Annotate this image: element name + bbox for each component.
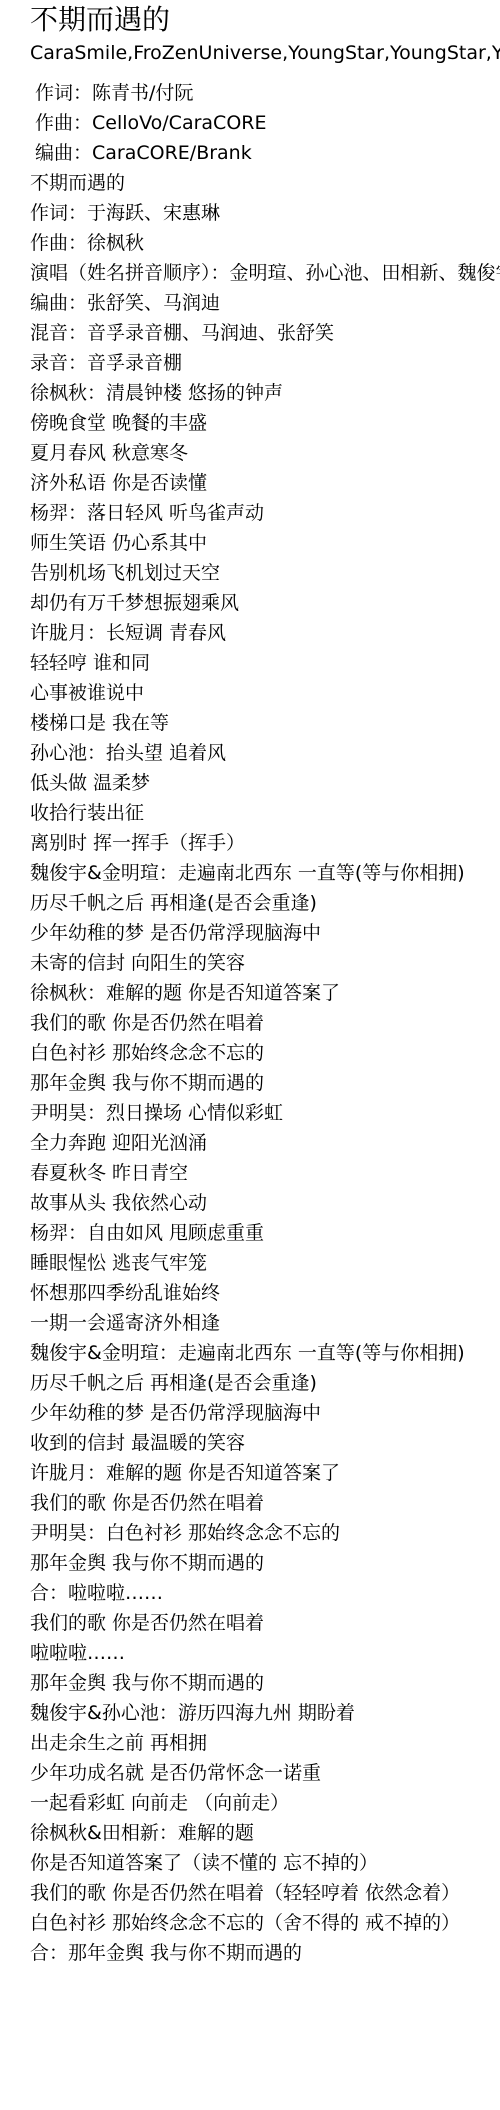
lyric-line: 白色衬衫 那始终念念不忘的（舍不得的 戒不掉的）	[30, 1908, 500, 1938]
lyric-line: 那年金舆 我与你不期而遇的	[30, 1068, 500, 1098]
lyric-line: 却仍有万千梦想振翅乘风	[30, 588, 500, 618]
lyric-line: 作曲：徐枫秋	[30, 228, 500, 258]
lyric-line: 许胧月：难解的题 你是否知道答案了	[30, 1458, 500, 1488]
lyric-line: 济外私语 你是否读懂	[30, 468, 500, 498]
lyric-line: 那年金舆 我与你不期而遇的	[30, 1548, 500, 1578]
lyric-line: 离别时 挥一挥手（挥手）	[30, 828, 500, 858]
lyric-line: 低头做 温柔梦	[30, 768, 500, 798]
lyric-line: 作词：于海跃、宋惠琳	[30, 198, 500, 228]
song-artists: CaraSmile,FroZenUniverse,YoungStar,Young…	[30, 40, 500, 66]
lyric-line: 我们的歌 你是否仍然在唱着（轻轻哼着 依然念着）	[30, 1878, 500, 1908]
lyric-line: 啦啦啦……	[30, 1638, 500, 1668]
lyric-line: 我们的歌 你是否仍然在唱着	[30, 1488, 500, 1518]
lyric-line: 徐枫秋：难解的题 你是否知道答案了	[30, 978, 500, 1008]
lyric-line: 徐枫秋：清晨钟楼 悠扬的钟声	[30, 378, 500, 408]
lyric-line: 睡眼惺忪 逃丧气牢笼	[30, 1248, 500, 1278]
lyric-line: 心事被谁说中	[30, 678, 500, 708]
lyric-line: 一起看彩虹 向前走 （向前走）	[30, 1788, 500, 1818]
lyric-line: 演唱（姓名拼音顺序）：金明瑄、孙心池、田相新、魏俊宇、徐枫秋、许胧月、杨羿、尹明…	[30, 258, 500, 288]
lyric-line: 编曲：张舒笑、马润迪	[30, 288, 500, 318]
credit-arranger: 编曲：CaraCORE/Brank	[30, 138, 500, 168]
lyric-line: 合：啦啦啦……	[30, 1578, 500, 1608]
lyric-line: 未寄的信封 向阳生的笑容	[30, 948, 500, 978]
lyric-line: 不期而遇的	[30, 168, 500, 198]
lyric-line: 录音：音孚录音棚	[30, 348, 500, 378]
lyric-line: 白色衬衫 那始终念念不忘的	[30, 1038, 500, 1068]
lyric-line: 杨羿：落日轻风 听鸟雀声动	[30, 498, 500, 528]
lyric-line: 尹明昊：白色衬衫 那始终念念不忘的	[30, 1518, 500, 1548]
lyric-line: 历尽千帆之后 再相逢(是否会重逢)	[30, 888, 500, 918]
lyric-line: 混音：音孚录音棚、马润迪、张舒笑	[30, 318, 500, 348]
lyric-line: 少年功成名就 是否仍常怀念一诺重	[30, 1758, 500, 1788]
lyric-line: 轻轻哼 谁和同	[30, 648, 500, 678]
lyric-line: 一期一会遥寄济外相逢	[30, 1308, 500, 1338]
credits-block: 作词：陈青书/付阮 作曲：CelloVo/CaraCORE 编曲：CaraCOR…	[30, 78, 500, 168]
lyric-line: 故事从头 我依然心动	[30, 1188, 500, 1218]
lyric-line: 你是否知道答案了（读不懂的 忘不掉的）	[30, 1848, 500, 1878]
lyric-line: 收拾行装出征	[30, 798, 500, 828]
lyric-line: 魏俊宇&孙心池：游历四海九州 期盼着	[30, 1698, 500, 1728]
lyric-line: 我们的歌 你是否仍然在唱着	[30, 1008, 500, 1038]
lyric-line: 尹明昊：烈日操场 心情似彩虹	[30, 1098, 500, 1128]
lyrics-list: 不期而遇的 作词：于海跃、宋惠琳 作曲：徐枫秋 演唱（姓名拼音顺序）：金明瑄、孙…	[30, 168, 500, 1968]
lyric-line: 少年幼稚的梦 是否仍常浮现脑海中	[30, 918, 500, 948]
lyric-line: 收到的信封 最温暖的笑容	[30, 1428, 500, 1458]
song-title: 不期而遇的	[30, 0, 500, 38]
lyric-line: 合：那年金舆 我与你不期而遇的	[30, 1938, 500, 1968]
lyrics-page: 不期而遇的 CaraSmile,FroZenUniverse,YoungStar…	[30, 0, 500, 1968]
credit-lyricist: 作词：陈青书/付阮	[30, 78, 500, 108]
lyric-line: 师生笑语 仍心系其中	[30, 528, 500, 558]
lyric-line: 徐枫秋&田相新：难解的题	[30, 1818, 500, 1848]
credit-composer: 作曲：CelloVo/CaraCORE	[30, 108, 500, 138]
lyric-line: 魏俊宇&金明瑄：走遍南北西东 一直等(等与你相拥)	[30, 1338, 500, 1368]
lyric-line: 怀想那四季纷乱谁始终	[30, 1278, 500, 1308]
lyric-line: 夏月春风 秋意寒冬	[30, 438, 500, 468]
lyric-line: 许胧月：长短调 青春风	[30, 618, 500, 648]
lyric-line: 那年金舆 我与你不期而遇的	[30, 1668, 500, 1698]
lyric-line: 出走余生之前 再相拥	[30, 1728, 500, 1758]
lyric-line: 楼梯口是 我在等	[30, 708, 500, 738]
lyric-line: 全力奔跑 迎阳光汹涌	[30, 1128, 500, 1158]
lyric-line: 历尽千帆之后 再相逢(是否会重逢)	[30, 1368, 500, 1398]
lyric-line: 孙心池：抬头望 追着风	[30, 738, 500, 768]
lyric-line: 春夏秋冬 昨日青空	[30, 1158, 500, 1188]
lyric-line: 我们的歌 你是否仍然在唱着	[30, 1608, 500, 1638]
lyric-line: 告别机场飞机划过天空	[30, 558, 500, 588]
lyric-line: 杨羿：自由如风 甩顾虑重重	[30, 1218, 500, 1248]
lyric-line: 傍晚食堂 晚餐的丰盛	[30, 408, 500, 438]
lyric-line: 魏俊宇&金明瑄：走遍南北西东 一直等(等与你相拥)	[30, 858, 500, 888]
lyric-line: 少年幼稚的梦 是否仍常浮现脑海中	[30, 1398, 500, 1428]
